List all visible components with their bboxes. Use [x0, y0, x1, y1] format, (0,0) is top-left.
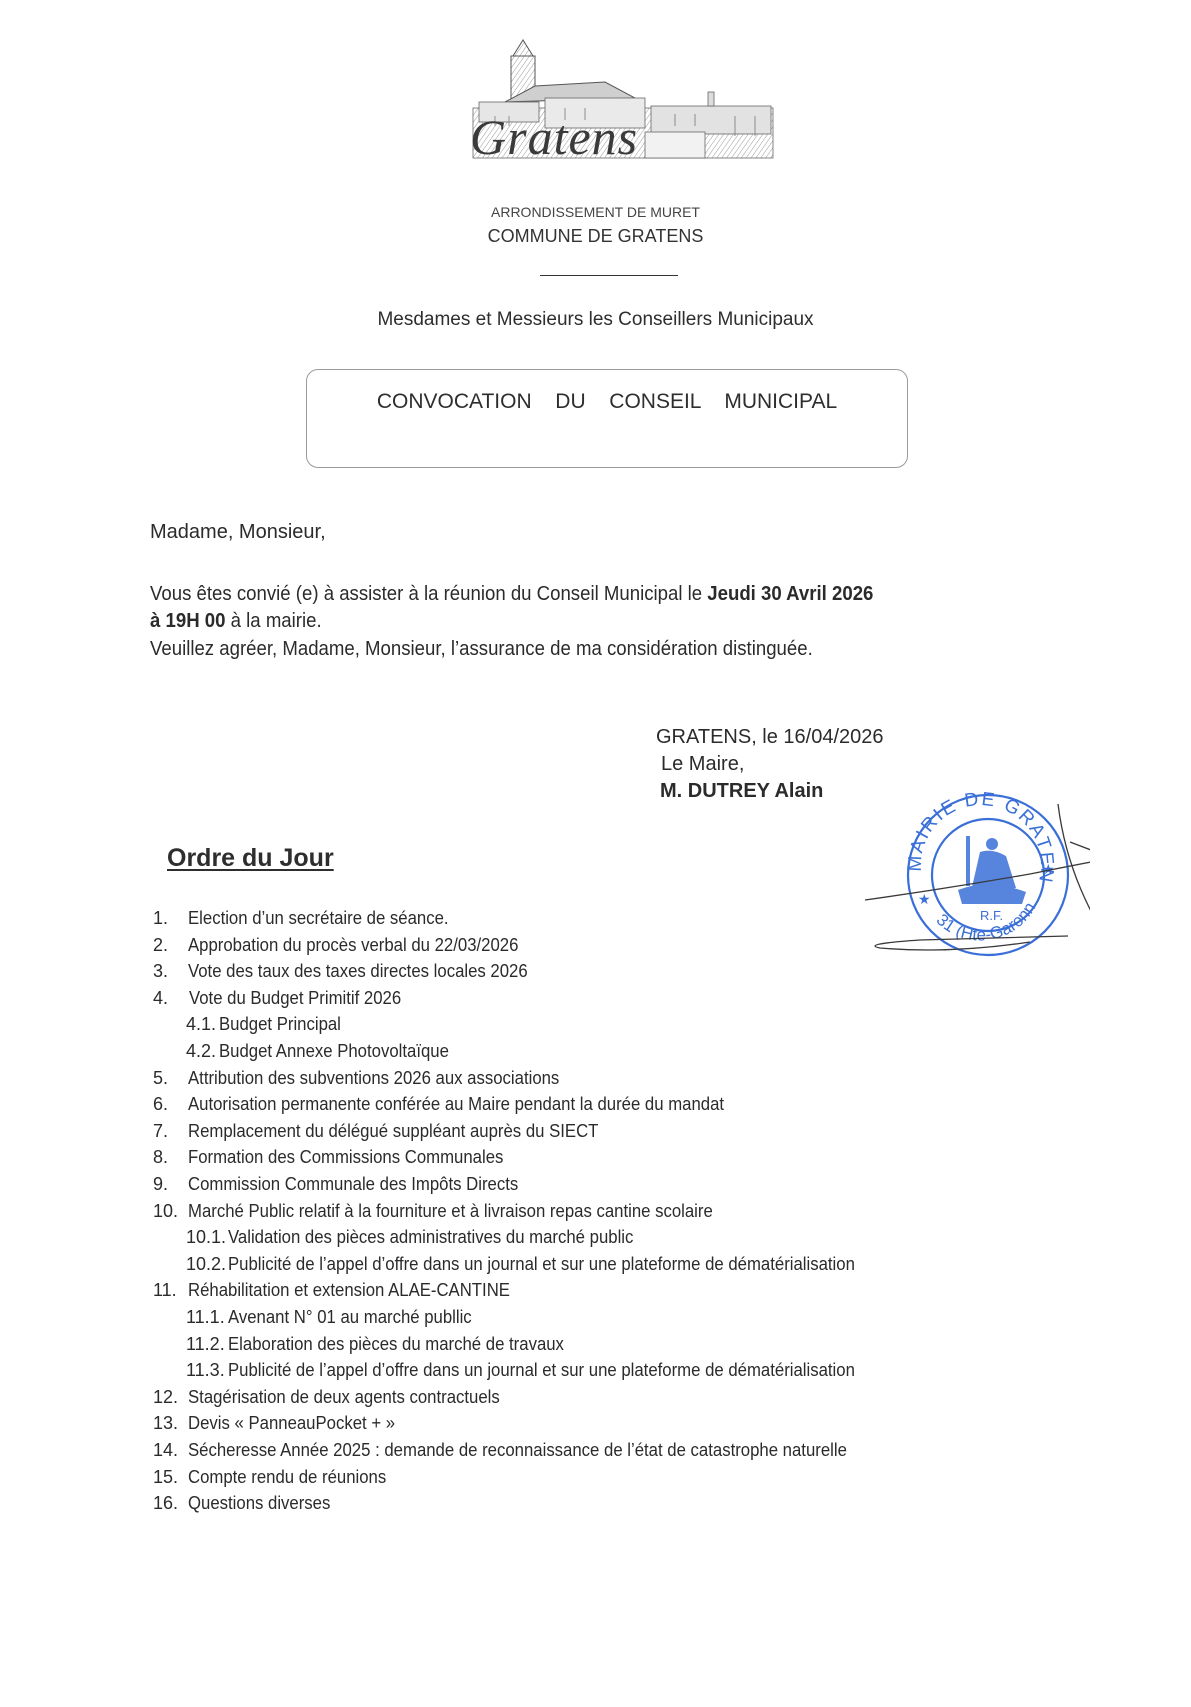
closing-line: Veuillez agréer, Madame, Monsieur, l’ass…: [150, 638, 863, 661]
invitation-line-1: Vous êtes convié (e) à assister à la réu…: [150, 583, 928, 606]
agenda-item-text: Formation des Commissions Communales: [188, 1147, 503, 1168]
agenda-item-number: 15.: [153, 1467, 178, 1488]
agenda-item-text: Publicité de l’appel d’offre dans un jou…: [228, 1254, 855, 1275]
svg-text:★: ★: [918, 891, 931, 907]
agenda-item-number: 3.: [153, 961, 168, 982]
meeting-date: Jeudi 30 Avril 2026: [707, 583, 873, 605]
agenda-item-number: 4.2.: [186, 1041, 216, 1062]
agenda-item-number: 5.: [153, 1068, 168, 1089]
agenda-item-text: Vote du Budget Primitif 2026: [189, 988, 401, 1009]
agenda-item-number: 11.1.: [186, 1307, 225, 1328]
agenda-item-number: 1.: [153, 908, 168, 929]
commune-label: COMMUNE DE GRATENS: [0, 226, 1191, 247]
mayor-role: Le Maire,: [661, 753, 744, 776]
agenda-item-number: 11.3.: [186, 1360, 225, 1381]
invitation-text: Vous êtes convié (e) à assister à la réu…: [150, 583, 707, 605]
agenda-item-number: 10.1.: [186, 1227, 226, 1248]
agenda-item-text: Marché Public relatif à la fourniture et…: [188, 1201, 713, 1222]
closing-text: Veuillez agréer, Madame, Monsieur, l’ass…: [150, 638, 813, 661]
mairie-stamp: MAIRIE DE GRATENS 31 (Hte-Garonne) ★ ★ R…: [830, 778, 1090, 978]
agenda-item-number: 7.: [153, 1121, 168, 1142]
agenda-item-number: 2.: [153, 935, 168, 956]
agenda-item-text: Avenant N° 01 au marché publlic: [228, 1307, 472, 1328]
agenda-item-number: 10.: [153, 1201, 178, 1222]
agenda-item-text: Elaboration des pièces du marché de trav…: [228, 1334, 564, 1355]
agenda-item-text: Publicité de l’appel d’offre dans un jou…: [228, 1360, 855, 1381]
meeting-place: à la mairie.: [225, 610, 321, 632]
agenda-item-number: 16.: [153, 1493, 178, 1514]
divider-rule: [540, 275, 678, 276]
logo-wordmark: Gratens: [470, 112, 638, 162]
agenda-item-text: Budget Annexe Photovoltaïque: [219, 1041, 449, 1062]
convocation-title-box: CONVOCATION DU CONSEIL MUNICIPAL: [306, 369, 908, 468]
agenda-item-text: Validation des pièces administratives du…: [228, 1227, 633, 1248]
agenda-item-text: Election d’un secrétaire de séance.: [188, 908, 449, 929]
agenda-item-number: 14.: [153, 1440, 178, 1461]
agenda-item-number: 12.: [153, 1387, 178, 1408]
agenda-heading: Ordre du Jour: [167, 844, 334, 873]
agenda-item-number: 6.: [153, 1094, 168, 1115]
agenda-item-number: 9.: [153, 1174, 168, 1195]
agenda-item-number: 4.: [153, 988, 168, 1009]
agenda-item-number: 10.2.: [186, 1254, 226, 1275]
stamp-center-text: R.F.: [980, 908, 1003, 923]
arrondissement-label: ARRONDISSEMENT DE MURET: [0, 204, 1191, 220]
invitation-line-2: à 19H 00 à la mairie.: [150, 610, 335, 633]
agenda-item-text: Approbation du procès verbal du 22/03/20…: [188, 935, 518, 956]
agenda-item-number: 4.1.: [186, 1014, 216, 1035]
meeting-time: à 19H 00: [150, 610, 225, 632]
agenda-item-number: 11.2.: [186, 1334, 225, 1355]
agenda-item-number: 13.: [153, 1413, 178, 1434]
convocation-title: CONVOCATION DU CONSEIL MUNICIPAL: [307, 390, 907, 414]
agenda-item-text: Attribution des subventions 2026 aux ass…: [188, 1068, 559, 1089]
agenda-item-text: Autorisation permanente conférée au Mair…: [188, 1094, 724, 1115]
agenda-item-text: Remplacement du délégué suppléant auprès…: [188, 1121, 598, 1142]
salutation: Madame, Monsieur,: [150, 521, 326, 544]
agenda-item-text: Vote des taux des taxes directes locales…: [188, 961, 528, 982]
mayor-name: M. DUTREY Alain: [660, 780, 823, 803]
agenda-item-number: 8.: [153, 1147, 168, 1168]
agenda-item-text: Budget Principal: [219, 1014, 341, 1035]
agenda-item-number: 11.: [153, 1280, 177, 1301]
agenda-item-text: Stagérisation de deux agents contractuel…: [188, 1387, 500, 1408]
place-date: GRATENS, le 16/04/2026: [656, 726, 884, 749]
recipients-line: Mesdames et Messieurs les Conseillers Mu…: [0, 309, 1191, 331]
agenda-item-text: Questions diverses: [188, 1493, 330, 1514]
agenda-item-text: Devis « PanneauPocket + »: [188, 1413, 395, 1434]
agenda-item-text: Compte rendu de réunions: [188, 1467, 386, 1488]
agenda-item-text: Réhabilitation et extension ALAE-CANTINE: [188, 1280, 510, 1301]
agenda-item-text: Sécheresse Année 2025 : demande de recon…: [188, 1440, 847, 1461]
agenda-item-text: Commission Communale des Impôts Directs: [188, 1174, 518, 1195]
